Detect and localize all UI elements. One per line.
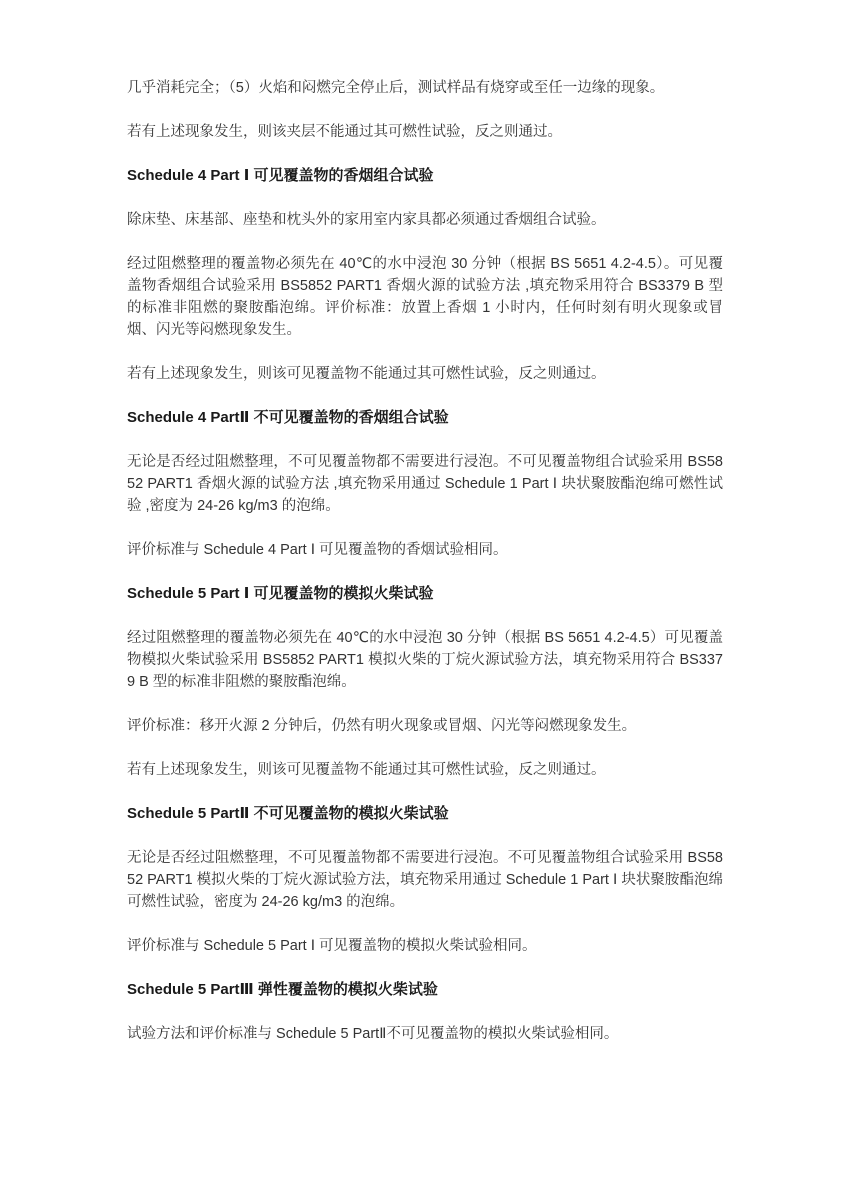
heading-schedule4-part1: Schedule 4 Part Ⅰ 可见覆盖物的香烟组合试验 bbox=[127, 165, 723, 187]
paragraph-residue-criteria: 几乎消耗完全；（5）火焰和闷燃完全停止后，测试样品有烧穿或至任一边缘的现象。 bbox=[127, 77, 723, 99]
heading-schedule4-part2: Schedule 4 PartⅡ 不可见覆盖物的香烟组合试验 bbox=[127, 407, 723, 429]
paragraph-schedule5-part1-method: 经过阻燃整理的覆盖物必须先在 40℃的水中浸泡 30 分钟（根据 BS 5651… bbox=[127, 627, 723, 693]
paragraph-interliner-pass-fail: 若有上述现象发生，则该夹层不能通过其可燃性试验，反之则通过。 bbox=[127, 121, 723, 143]
heading-schedule5-part2: Schedule 5 PartⅡ 不可见覆盖物的模拟火柴试验 bbox=[127, 803, 723, 825]
paragraph-schedule5-part3-method: 试验方法和评价标准与 Schedule 5 PartⅡ不可见覆盖物的模拟火柴试验… bbox=[127, 1023, 723, 1045]
paragraph-schedule4-part1-method: 经过阻燃整理的覆盖物必须先在 40℃的水中浸泡 30 分钟（根据 BS 5651… bbox=[127, 253, 723, 341]
paragraph-visible-cover-pass-fail: 若有上述现象发生，则该可见覆盖物不能通过其可燃性试验，反之则通过。 bbox=[127, 363, 723, 385]
document-page: 几乎消耗完全；（5）火焰和闷燃完全停止后，测试样品有烧穿或至任一边缘的现象。 若… bbox=[0, 0, 849, 1200]
paragraph-schedule5-part2-method: 无论是否经过阻燃整理，不可见覆盖物都不需要进行浸泡。不可见覆盖物组合试验采用 B… bbox=[127, 847, 723, 913]
heading-schedule5-part3: Schedule 5 PartⅢ 弹性覆盖物的模拟火柴试验 bbox=[127, 979, 723, 1001]
paragraph-schedule4-part2-criteria: 评价标准与 Schedule 4 Part Ⅰ 可见覆盖物的香烟试验相同。 bbox=[127, 539, 723, 561]
paragraph-schedule5-part1-criteria: 评价标准：移开火源 2 分钟后，仍然有明火现象或冒烟、闪光等闷燃现象发生。 bbox=[127, 715, 723, 737]
paragraph-schedule4-part2-method: 无论是否经过阻燃整理，不可见覆盖物都不需要进行浸泡。不可见覆盖物组合试验采用 B… bbox=[127, 451, 723, 517]
paragraph-schedule5-part2-criteria: 评价标准与 Schedule 5 Part Ⅰ 可见覆盖物的模拟火柴试验相同。 bbox=[127, 935, 723, 957]
paragraph-schedule5-part1-pass-fail: 若有上述现象发生，则该可见覆盖物不能通过其可燃性试验，反之则通过。 bbox=[127, 759, 723, 781]
heading-schedule5-part1: Schedule 5 Part Ⅰ 可见覆盖物的模拟火柴试验 bbox=[127, 583, 723, 605]
paragraph-furniture-scope: 除床垫、床基部、座垫和枕头外的家用室内家具都必须通过香烟组合试验。 bbox=[127, 209, 723, 231]
